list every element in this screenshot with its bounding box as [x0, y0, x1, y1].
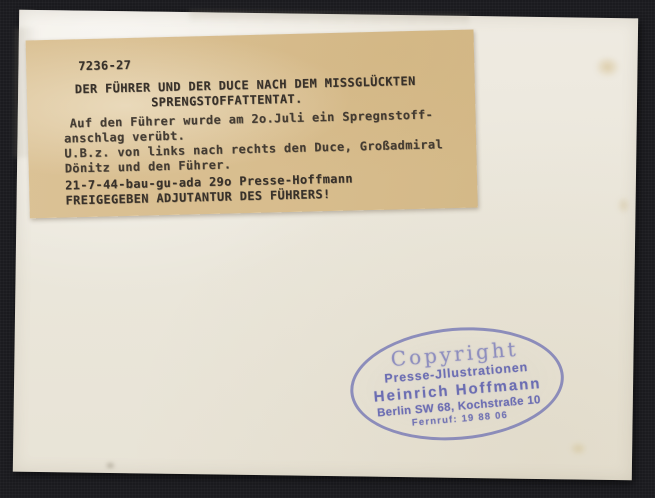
- paper-stain: [189, 10, 469, 27]
- copyright-stamp: Copyright Presse-Jllustrationen Heinrich…: [346, 319, 568, 448]
- paper-stain: [569, 441, 587, 455]
- paper-stain: [616, 196, 630, 214]
- photo-backdrop: 7236-27 DER FÜHRER UND DER DUCE NACH DEM…: [0, 0, 655, 498]
- photo-back: 7236-27 DER FÜHRER UND DER DUCE NACH DEM…: [13, 10, 638, 481]
- caption-label: 7236-27 DER FÜHRER UND DER DUCE NACH DEM…: [26, 30, 478, 219]
- paper-stain: [594, 56, 620, 78]
- reference-number: 7236-27: [78, 50, 474, 75]
- paper-stain: [107, 463, 114, 468]
